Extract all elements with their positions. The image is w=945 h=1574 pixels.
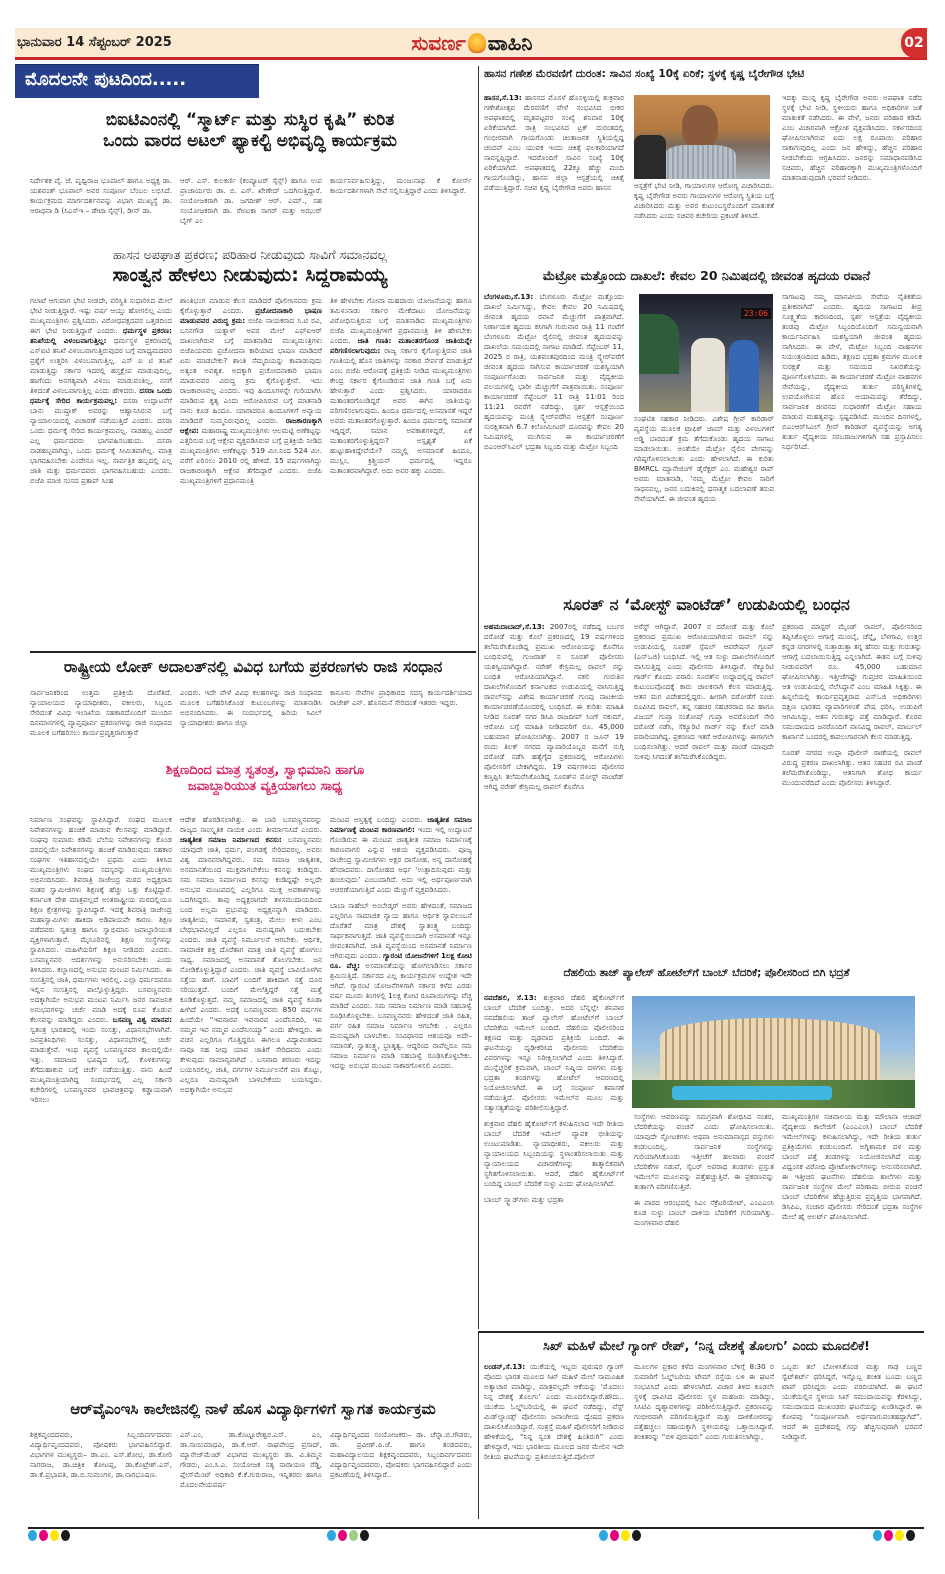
cyan-dot-icon bbox=[873, 1530, 882, 1541]
metro-train bbox=[639, 314, 679, 374]
cyan-dot-icon bbox=[28, 1530, 37, 1541]
headline-line-2: ಒಂದು ವಾರದ ಅಟಲ್ ಫ್ಯಾಕಲ್ಟಿ ಅಭಿವೃದ್ಧಿ ಕಾರ್ಯ… bbox=[30, 131, 470, 152]
article-hassan-col-3: ಇದಕ್ಕು ಮುನ್ನ ಕೃಷ್ಣ ಬೈರೇಗೌಡ ಅವರು ಅಪಘಾತ ನಡ… bbox=[782, 93, 922, 253]
article-metro-headline: ಮೆಟ್ರೋ ಮತ್ತೊಂದು ದಾಖಲೆ: ಕೇವಲ 20 ನಿಮಿಷದಲ್ಲ… bbox=[484, 268, 929, 284]
logo-text-right: ವಾಹಿನಿ bbox=[488, 31, 533, 55]
person-head bbox=[682, 105, 718, 149]
flame-emblem-icon bbox=[468, 33, 486, 53]
magenta-dot-icon bbox=[884, 1530, 893, 1541]
headline-line-1: ಬಿಐಟಿಎಂನಲ್ಲಿ “ಸ್ಮಾರ್ಟ್ ಮತ್ತು ಸುಸ್ಥಿರ ಕೃಷ… bbox=[30, 110, 470, 131]
photo-taj-palace-hotel bbox=[632, 996, 915, 1108]
section-divider bbox=[478, 1331, 924, 1333]
article-taj-col-2: ಸಂಸ್ಥೆಗಳು ಆವರಣವನ್ನು ಸಮಗ್ರವಾಗಿ ಶೋಧಿಸಿದ ನಂ… bbox=[634, 1112, 774, 1321]
yellow-dot-icon bbox=[621, 1530, 630, 1541]
black-dot-icon bbox=[632, 1530, 641, 1541]
article-lok-adalat-col-1: ಸಾರ್ವಜನಿಕರಿಂದ ಉತ್ತಮ ಪ್ರತಿಕ್ರಿಯೆ ದೊರೆತಿದೆ… bbox=[30, 688, 172, 754]
headline-line-2: ಜವಾಬ್ದಾರಿಯುತ ವ್ಯಕ್ತಿಯಾಗಲು ಸಾಧ್ಯ bbox=[100, 779, 430, 795]
black-dot-icon bbox=[360, 1530, 369, 1541]
section-divider bbox=[30, 651, 476, 653]
article-education-col-3: ಮಂಟಪ ಅಸ್ತಿತ್ವಕ್ಕೆ ಬಂದಿದ್ದು ಎಂದರು. ಜಾತ್ಯತ… bbox=[330, 815, 472, 1368]
article-taj-headline: ದೆಹಲಿಯ ತಾಜ್ ಪ್ಯಾಲೇಸ್ ಹೋಟೆಲ್‌ಗೆ ಬಾಂಬ್ ಬೆದ… bbox=[484, 967, 929, 980]
masthead: ಭಾನುವಾರ 14 ಸೆಪ್ಟಂಬರ್ 2025 ಸುವರ್ಣ ವಾಹಿನಿ … bbox=[15, 28, 927, 60]
photo-metro-heart-transport: 23:06 bbox=[639, 294, 773, 412]
newspaper-page: ಭಾನುವಾರ 14 ಸೆಪ್ಟಂಬರ್ 2025 ಸುವರ್ಣ ವಾಹಿನಿ … bbox=[0, 0, 945, 1574]
hotel-pool bbox=[672, 1086, 832, 1100]
sikh-left-border bbox=[478, 1331, 479, 1519]
article-surat-col-2: ಅರೆಸ್ಟ್ ಆಗಿದ್ದಾನೆ. 2007 ರ ದರೋಡೆ ಮತ್ತು ಕೊ… bbox=[634, 622, 774, 947]
article-taj-col-3: ಮುಖ್ಯಮಂತ್ರಿಗಳ ಸಚಿವಾಲಯ ಮತ್ತು ಮೌಲಾನಾ ಆಜಾದ್… bbox=[782, 1112, 922, 1321]
article-siddaramaiah-kicker: ಹಾಸನ ಅಪಘಾತ ಪ್ರಕರಣ; ಪರಿಹಾರ ನೀಡುವುದು ಸಾವಿಗ… bbox=[30, 247, 470, 263]
article-hassan-col-1: ಹಾಸನ,ಸೆ.13: ಹಾಸನದ ಮೊಸಳೆ ಹೊಸಳ್ಳಿಯಲ್ಲಿ ಶುಕ… bbox=[484, 93, 624, 253]
article-sikh-col-3: ಒಬ್ಬರು ತಲೆ ಬೋಳಿಸಿಕೊಂಡ ಮತ್ತು ಗಾಢ ಬಣ್ಣದ ಸ್… bbox=[782, 1362, 922, 1518]
article-education-headline: ಶಿಕ್ಷಣದಿಂದ ಮಾತ್ರ ಸ್ವತಂತ್ರ, ಸ್ವಾಭಿಮಾನಿ ಹಾ… bbox=[100, 763, 430, 796]
article-metro-col-3: ಸಾಗಾಟವು ನಮ್ಮ ಮಾನವೀಯ ಸೇವೆಯ ನೈತಿಕತೆಯ ಪ್ರತೀ… bbox=[782, 292, 922, 560]
article-taj-col-1: ನವದೆಹಲಿ, ಸೆ.13: ಶುಕ್ರವಾರ ದೆಹಲಿ ಹೈಕೋರ್ಟ್‌… bbox=[484, 993, 624, 1321]
newspaper-logo: ಸುವರ್ಣ ವಾಹಿನಿ bbox=[411, 31, 532, 55]
article-rymec-col-1: ಶಿಕ್ಷಕವೃಂದದವರು, ಸಿಬ್ಬಂದಿವರ್ಗದವರು ವಿದ್ಯಾರ… bbox=[30, 1430, 172, 1512]
article-metro-col-2: ಸಂಘಟಿತ ಸಹಕಾರ ನೀಡಿದರು. ವಿಶೇಷ ಗ್ರೀನ್ ಕಾರಿಡ… bbox=[634, 414, 774, 560]
article-lok-adalat-col-2: ಎಂದರು. ಇದೇ ವೇಳೆ ವಿವಿಧ ಕಲಹಗಳನ್ನು ರಾಜಿ ಸಂಧ… bbox=[180, 688, 322, 754]
article-sikh-col-2: ಮೂಲಗಳ ಪ್ರಕಾರ ಕಳೆದ ಮಂಗಳವಾರ ಬೆಳಿಗ್ಗೆ 8:30 … bbox=[634, 1362, 774, 1518]
person-white-shirt bbox=[691, 338, 725, 412]
medical-staff bbox=[729, 340, 759, 412]
cyan-dot-icon bbox=[599, 1530, 608, 1541]
article-bitm-col-2: ಆರ್. ಎಸ್. ಕುಲಕರ್ಣಿ (ಕಂಪ್ಯೂಟರ್ ಸೈನ್ಸ್) ಹಾ… bbox=[180, 176, 322, 240]
person-shirt bbox=[664, 145, 736, 179]
article-sikh-headline: ಸಿಖ್ ಮಹಿಳೆ ಮೇಲೆ ಗ್ಯಾಂಗ್ ರೇಪ್, ‘ನಿನ್ನ ದೇಶ… bbox=[484, 1338, 929, 1354]
article-sikh-col-1: ಲಂಡನ್,ಸೆ.13: ಯುಕೆಯಲ್ಲಿ ಇಬ್ಬರು ಪುರುಷರ ಗ್ಯ… bbox=[484, 1362, 624, 1518]
photo-krishna-byregowda bbox=[634, 95, 770, 179]
article-siddaramaiah-headline: ಸಾಂತ್ವನ ಹೇಳಲು ನೀಡುವುದು: ಸಿದ್ದರಾಮಯ್ಯ bbox=[30, 264, 470, 288]
station-clock: 23:06 bbox=[741, 308, 771, 319]
article-bitm-col-3: ಕಾರ್ಯನಿರ್ವಹಿಸುತ್ತಿದ್ದು, ಮಂಜುನಾಥ ಕೆ ಕೋರ್ಸ… bbox=[330, 176, 472, 240]
article-siddaramaiah-col-3: ತಿಳಿ ಹೇಳಬೇಕು ಗೋವಾ ಮಹದಾಯಿ ಯೋಜನೆಯನ್ನು ಹಾಗೂ… bbox=[330, 296, 472, 642]
green-dot-icon bbox=[349, 1530, 358, 1541]
headline-line-1: ಶಿಕ್ಷಣದಿಂದ ಮಾತ್ರ ಸ್ವತಂತ್ರ, ಸ್ವಾಭಿಮಾನಿ ಹಾ… bbox=[100, 763, 430, 779]
logo-text-left: ಸುವರ್ಣ bbox=[411, 31, 465, 55]
hotel-building bbox=[660, 1018, 880, 1080]
right-panel-border bbox=[478, 66, 479, 1329]
article-lok-adalat-col-3: ಕಾನೂನು ಸೇವೆಗಳ ಪ್ರಾಧಿಕಾರದ ಸದಸ್ಯ ಕಾರ್ಯದರ್ಶ… bbox=[330, 688, 472, 754]
article-bitm-headline: ಬಿಐಟಿಎಂನಲ್ಲಿ “ಸ್ಮಾರ್ಟ್ ಮತ್ತು ಸುಸ್ಥಿರ ಕೃಷ… bbox=[30, 110, 470, 153]
cyan-dot-icon bbox=[327, 1530, 336, 1541]
magenta-dot-icon bbox=[610, 1530, 619, 1541]
article-bitm-col-1: ನಿರ್ದೇಶಕ ವೈ. ಜೆ. ಪೃಥ್ವಿರಾಜ ಭೂಪಾಲ್ ಹಾಗೂ ಅ… bbox=[30, 176, 172, 240]
article-hassan-headline: ಹಾಸನ ಗಣೇಶ ಮೆರವಣಿಗೆ ದುರಂತ: ಸಾವಿನ ಸಂಖ್ಯೆ 1… bbox=[484, 68, 929, 81]
footer-rule-right bbox=[478, 1527, 924, 1529]
article-siddaramaiah-col-2: ಶಾಂತಿಭಂಗ ಮಾಡುವ ಕೆಲಸ ಮಾಡಿದರೆ ಪೊಲೀಸಿನವರು ಕ… bbox=[180, 296, 322, 642]
article-rymec-col-3: ವಿದ್ಯಾರ್ಥಿವೃಂದದ ಸಂಯೋಜಕರು– ಡಾ. ಚೆನ್ನಾ.ಬಿ.… bbox=[330, 1430, 472, 1512]
article-metro-col-1: ಬೆಂಗಳೂರು,ಸೆ.13: ಬೆಂಗಳೂರು ಮೆಟ್ರೋ ಮತ್ತೊಂದು… bbox=[484, 292, 624, 560]
registration-marks-4 bbox=[873, 1530, 915, 1541]
article-surat-col-1: ಅಹಮದಾಬಾದ್,ಸೆ.13: 2007ರಲ್ಲಿ ನಡೆದಿದ್ದ ಬರ್ಬ… bbox=[484, 622, 624, 947]
article-surat-col-3: ಪ್ರಕರಣದ ಮಾಸ್ಟರ್ ಮೈಂಡ್ ರಾವಲ್, ಪೊಲೀಸರಿಂದ ತ… bbox=[782, 622, 922, 947]
footer-rule-left bbox=[28, 1527, 478, 1529]
registration-marks-1 bbox=[28, 1530, 70, 1541]
article-hassan-col-2: ಆಸ್ಪತ್ರೆಗೆ ಭೇಟಿ ನೀಡಿ, ಗಾಯಾಳುಗಳ ಆರೋಗ್ಯ ವಿ… bbox=[634, 181, 774, 253]
article-siddaramaiah-col-1: ಗಲಾಟೆ ಆಗುವಾಗ ಭೇಟಿ ನೀಡದೇ, ಪರಿಸ್ಥಿತಿ ಸುಧಾರ… bbox=[30, 296, 172, 642]
article-lok-adalat-headline: ರಾಷ್ಟ್ರೀಯ ಲೋಕ್ ಅದಾಲತ್‌ನಲ್ಲಿ ವಿವಿಧ ಬಗೆಯ ಪ… bbox=[28, 658, 478, 677]
article-rymec-col-2: ಎಸ್.ಎಂ, ಡಾ.ಕೊಟ್ಟೂರೇಶ್ವರ.ಎಸ್. ಎಂ, ಡಾ.ಸಾಯಿ… bbox=[180, 1430, 322, 1512]
yellow-dot-icon bbox=[895, 1530, 904, 1541]
issue-date: ಭಾನುವಾರ 14 ಸೆಪ್ಟಂಬರ್ 2025 bbox=[17, 35, 317, 50]
article-education-col-1: ನಿರ್ಮಾಣ ಸಂಘವನ್ನು ಸ್ಥಾಪಿಸಿದ್ದಾರೆ. ಸಂಘದ ಮೂ… bbox=[30, 815, 172, 1368]
registration-marks-3 bbox=[599, 1530, 641, 1541]
article-rymec-headline: ಆರ್‌ವೈಎಂಇಸಿ ಕಾಲೇಜಿನಲ್ಲಿ ನಾಳೆ ಹೊಸ ವಿದ್ಯಾರ… bbox=[28, 1400, 478, 1419]
magenta-dot-icon bbox=[338, 1530, 347, 1541]
black-dot-icon bbox=[61, 1530, 70, 1541]
registration-marks-2 bbox=[327, 1530, 369, 1541]
page-number-badge: 02 bbox=[901, 28, 927, 58]
article-education-col-2: ಆದೇಶ ಹೊರಡಿಸಲಾಗಿತ್ತು. ಈ ಬಾರಿ ಬಸವಣ್ಣನವರನ್ನ… bbox=[180, 815, 322, 1368]
black-dot-icon bbox=[906, 1530, 915, 1541]
magenta-dot-icon bbox=[39, 1530, 48, 1541]
chair bbox=[634, 135, 666, 179]
article-surat-headline: ಸೂರತ್ ನ ‘ಮೋಸ್ಟ್ ವಾಂಟೆಡ್’ ಉಡುಪಿಯಲ್ಲಿ ಬಂಧನ bbox=[484, 595, 929, 615]
section-banner: ಮೊದಲನೇ ಪುಟದಿಂದ..... bbox=[15, 64, 259, 98]
yellow-dot-icon bbox=[50, 1530, 59, 1541]
